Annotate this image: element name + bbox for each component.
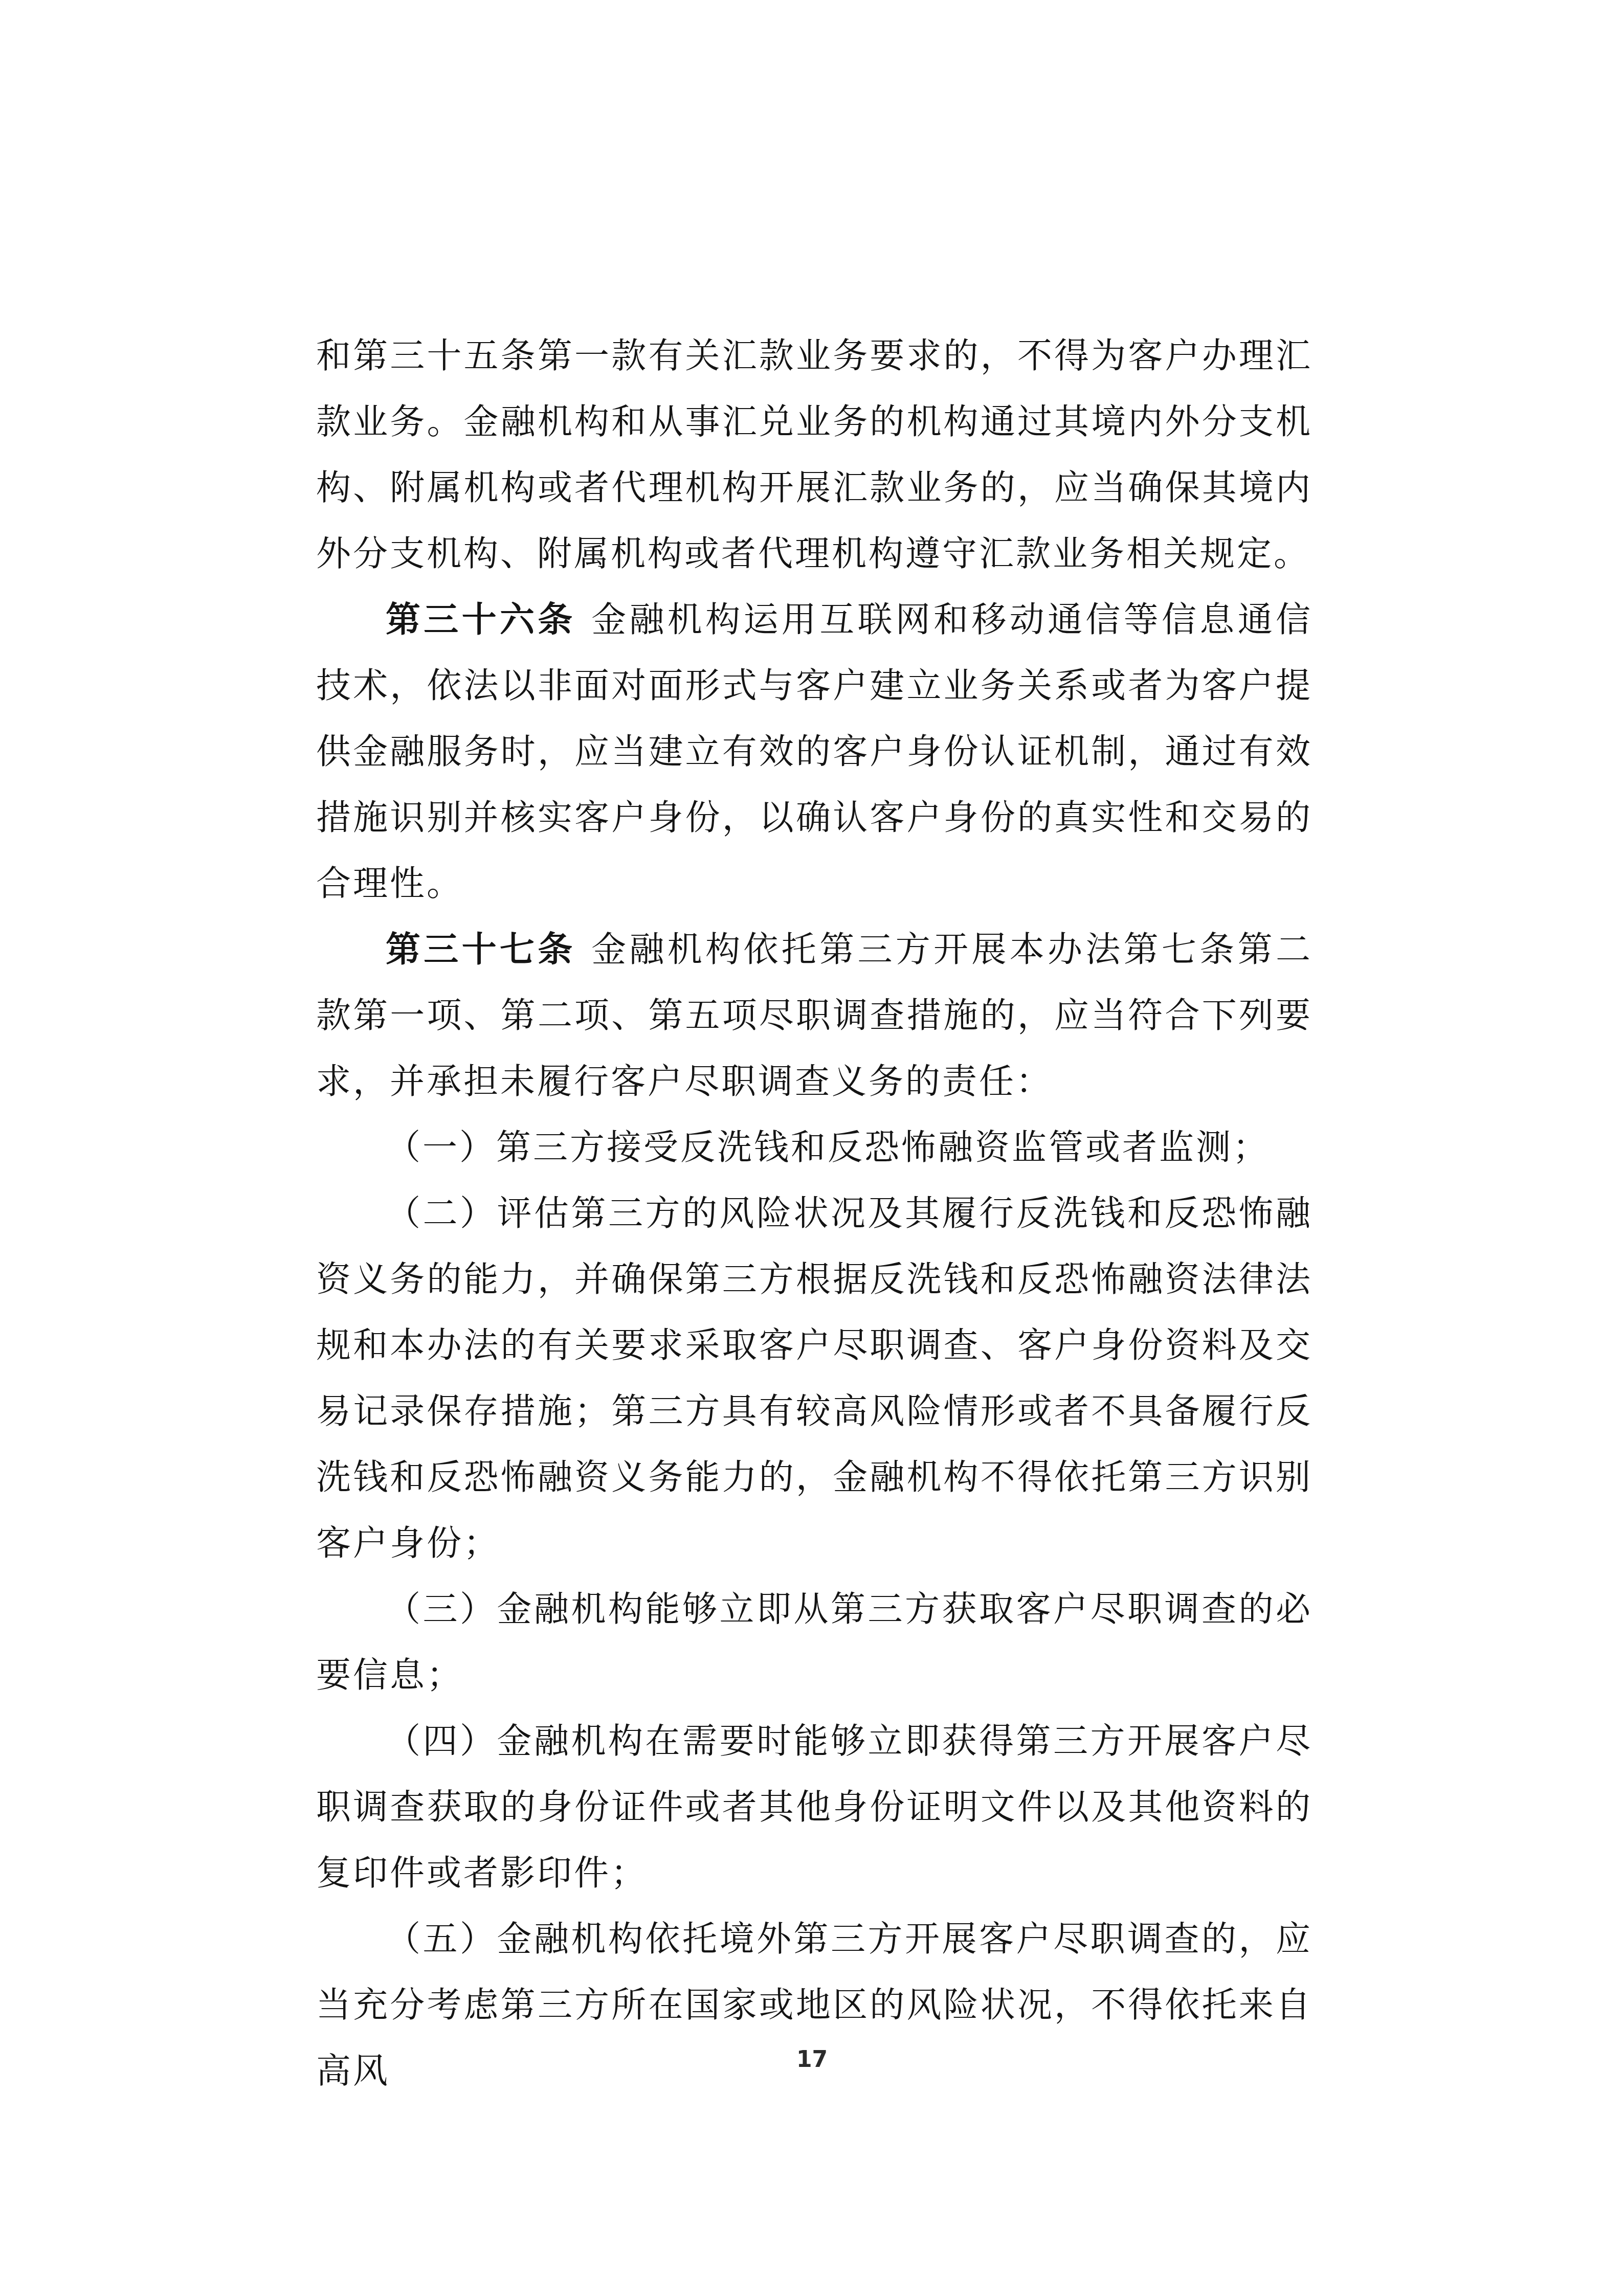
article-37-number: 第三十七条 — [386, 930, 576, 969]
document-page: 和第三十五条第一款有关汇款业务要求的，不得为客户办理汇款业务。金融机构和从事汇兑… — [0, 0, 1624, 2296]
paragraph-text: （一）第三方接受反洗钱和反恐怖融资监管或者监测； — [386, 1128, 1270, 1167]
paragraph-item-1: （一）第三方接受反洗钱和反恐怖融资监管或者监测； — [316, 1115, 1312, 1181]
article-36-number: 第三十六条 — [386, 600, 576, 639]
paragraph-continuation: 和第三十五条第一款有关汇款业务要求的，不得为客户办理汇款业务。金融机构和从事汇兑… — [316, 323, 1312, 587]
paragraph-text: （二）评估第三方的风险状况及其履行反洗钱和反恐怖融资义务的能力，并确保第三方根据… — [316, 1194, 1312, 1563]
paragraph-text: （三）金融机构能够立即从第三方获取客户尽职调查的必要信息； — [316, 1590, 1312, 1695]
paragraph-item-4: （四）金融机构在需要时能够立即获得第三方开展客户尽职调查获取的身份证件或者其他身… — [316, 1708, 1312, 1906]
paragraph-article-36: 第三十六条金融机构运用互联网和移动通信等信息通信技术，依法以非面对面形式与客户建… — [316, 587, 1312, 917]
paragraph-article-37: 第三十七条金融机构依托第三方开展本办法第七条第二款第一项、第二项、第五项尽职调查… — [316, 917, 1312, 1115]
document-body: 和第三十五条第一款有关汇款业务要求的，不得为客户办理汇款业务。金融机构和从事汇兑… — [316, 323, 1312, 2104]
paragraph-text: 金融机构运用互联网和移动通信等信息通信技术，依法以非面对面形式与客户建立业务关系… — [316, 600, 1312, 903]
page-number: 17 — [0, 2046, 1624, 2073]
paragraph-text: 和第三十五条第一款有关汇款业务要求的，不得为客户办理汇款业务。金融机构和从事汇兑… — [316, 336, 1312, 573]
paragraph-text: （四）金融机构在需要时能够立即获得第三方开展客户尽职调查获取的身份证件或者其他身… — [316, 1722, 1312, 1893]
paragraph-item-2: （二）评估第三方的风险状况及其履行反洗钱和反恐怖融资义务的能力，并确保第三方根据… — [316, 1181, 1312, 1577]
paragraph-item-5: （五）金融机构依托境外第三方开展客户尽职调查的，应当充分考虑第三方所在国家或地区… — [316, 1906, 1312, 2104]
paragraph-item-3: （三）金融机构能够立即从第三方获取客户尽职调查的必要信息； — [316, 1577, 1312, 1708]
